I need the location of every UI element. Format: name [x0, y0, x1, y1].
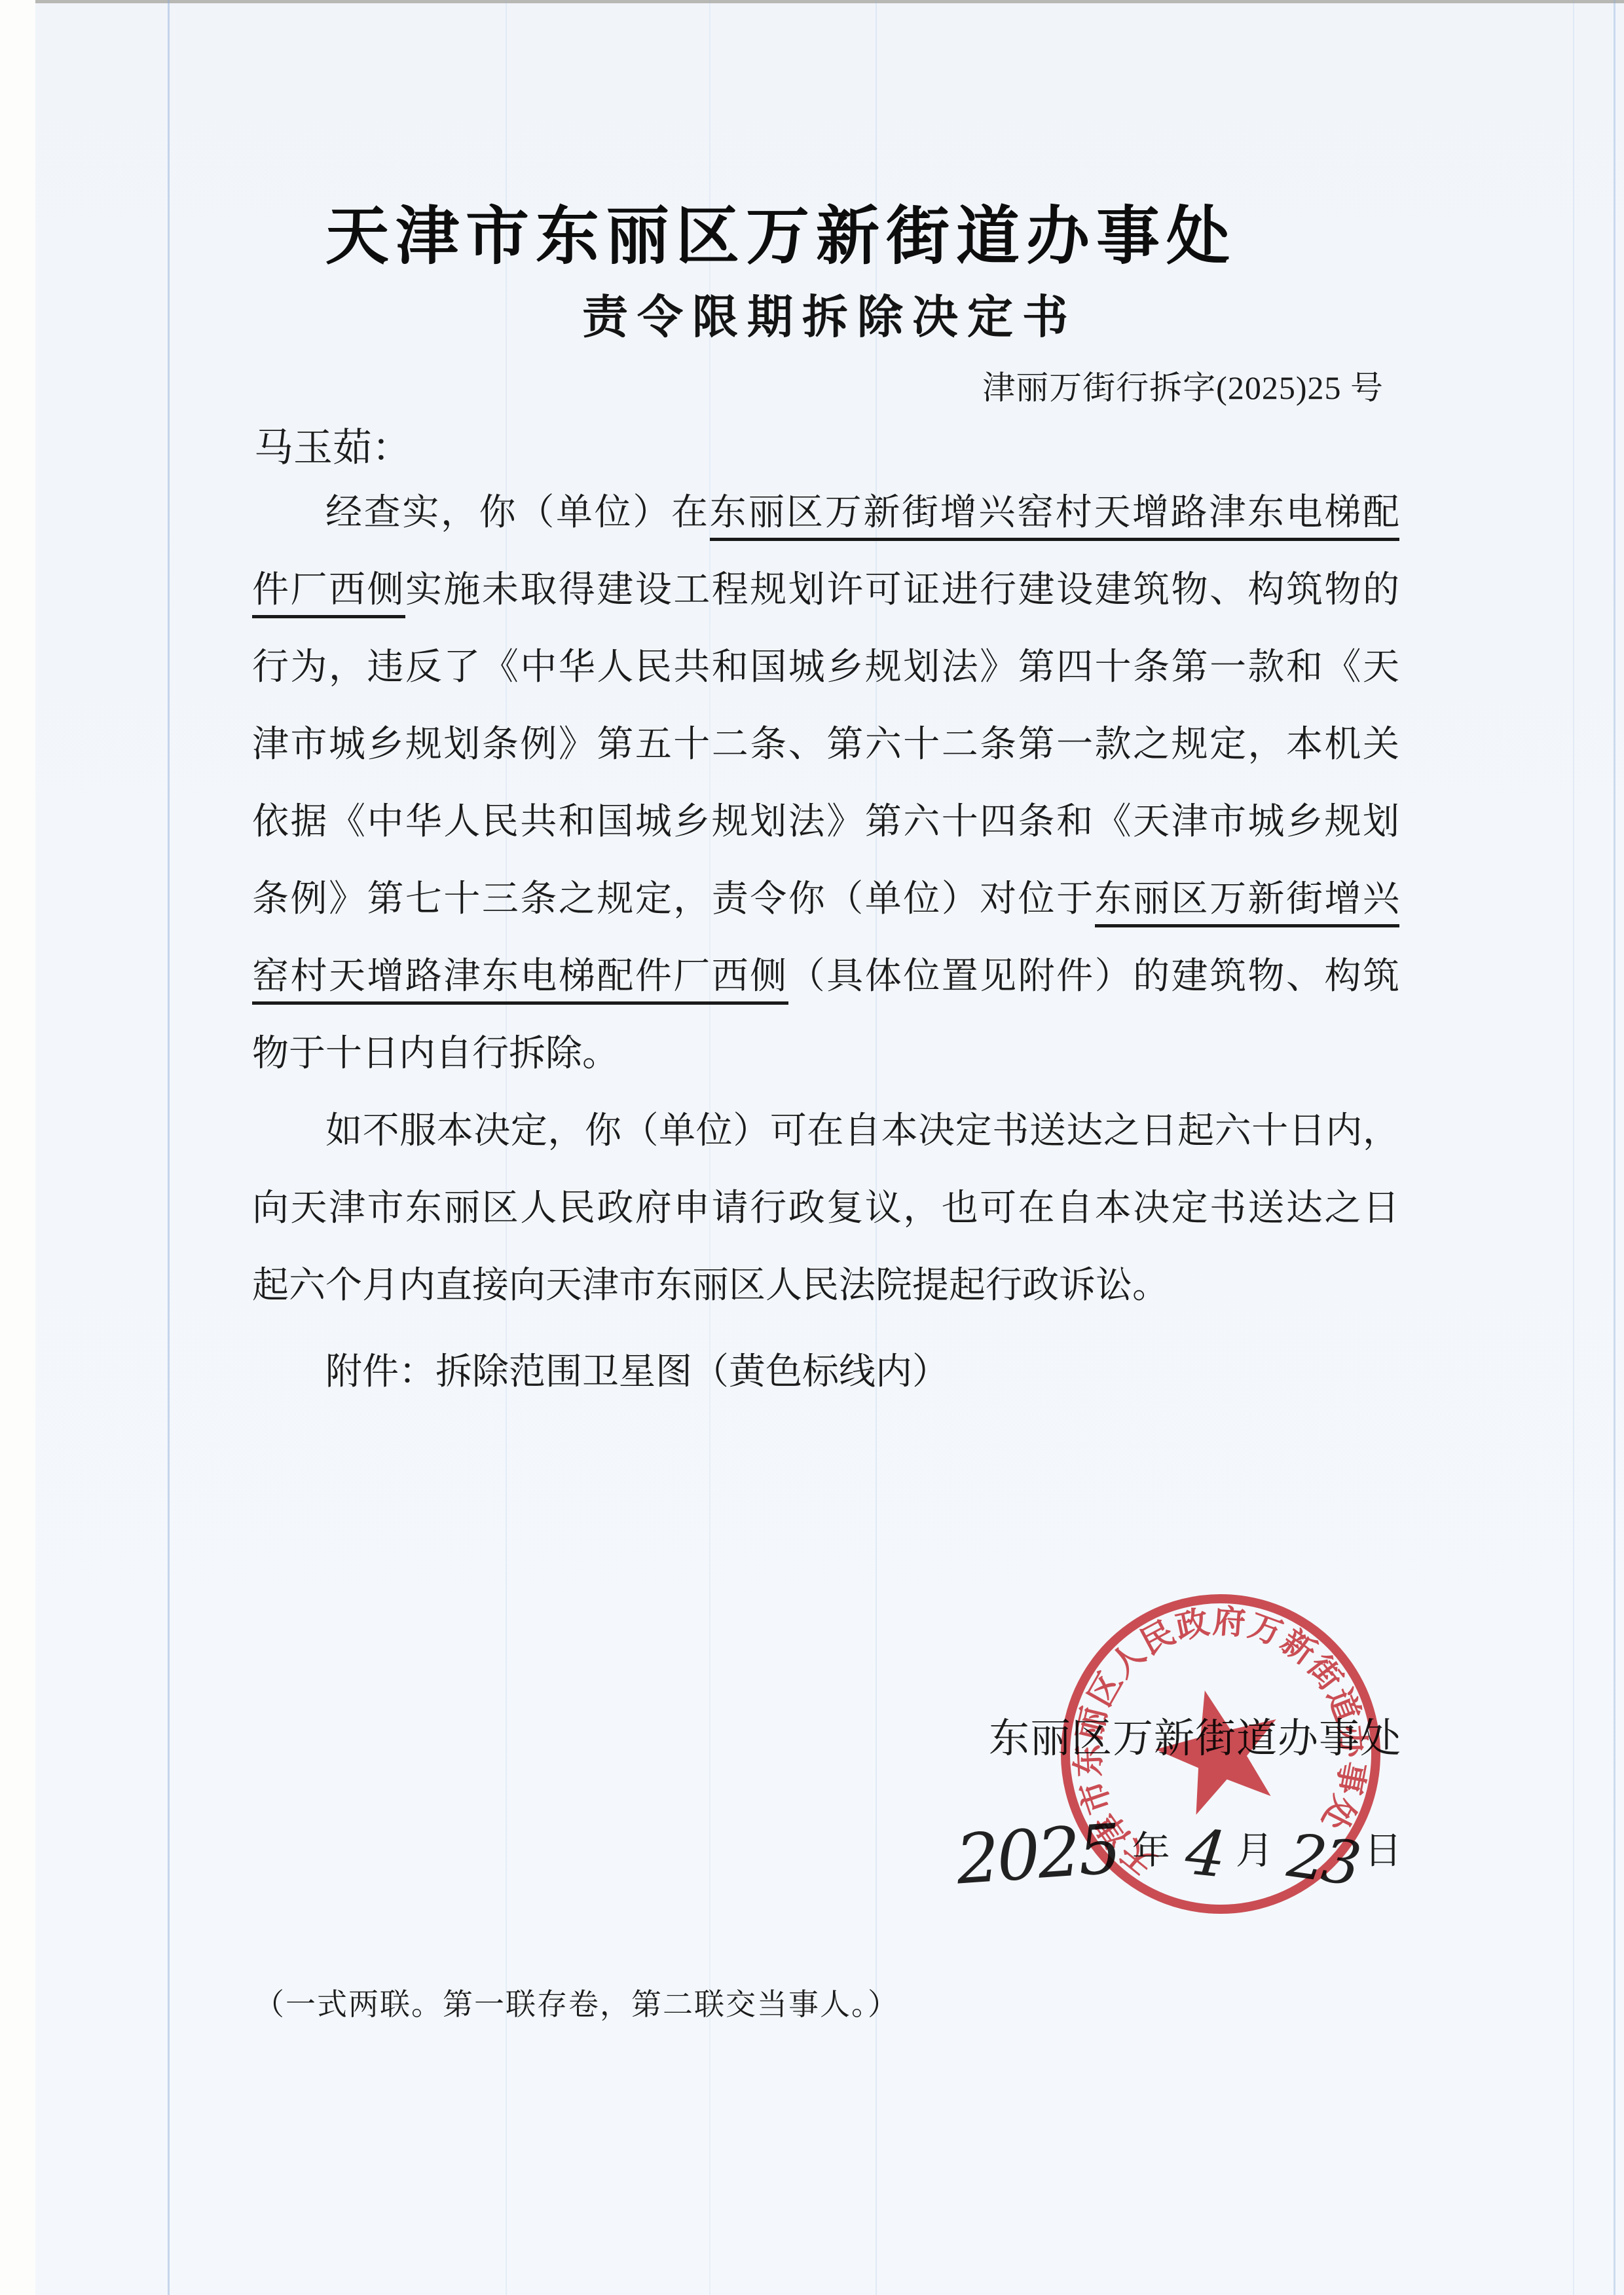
body-line: 如不服本决定，你（单位）可在自本决定书送达之日起六十日内， — [252, 1092, 1399, 1170]
handwritten-month: 4 — [1183, 1815, 1230, 1892]
document-page: 天津市东丽区万新街道办事处 责令限期拆除决定书 津丽万街行拆字(2025)25 … — [0, 0, 1624, 2295]
body-line: 物于十日内自行拆除。 — [252, 1015, 1399, 1092]
year-unit-label: 年 — [1132, 1829, 1170, 1872]
day-unit-label: 日 — [1364, 1829, 1402, 1872]
underlined-text: 东丽区万新街增兴窑村天增路津东电梯配 — [710, 493, 1399, 541]
issuing-org-title: 天津市东丽区万新街道办事处 — [0, 185, 1562, 276]
text-run: 津市城乡规划条例》第五十二条、第六十二条第一款之规定，本机关 — [252, 724, 1399, 765]
text-run: 起六个月内直接向天津市东丽区人民法院提起行政诉讼。 — [252, 1265, 1169, 1306]
text-run: 条例》第七十三条之规定，责令你（单位）对位于 — [252, 879, 1095, 920]
body-line: 窑村天增路津东电梯配件厂西侧（具体位置见附件）的建筑物、构筑 — [252, 938, 1399, 1015]
scan-edge-left — [0, 0, 35, 2295]
text-run: 经查实，你（单位）在 — [325, 493, 710, 533]
text-run: （具体位置见附件）的建筑物、构筑 — [788, 956, 1399, 997]
body-line: 经查实，你（单位）在东丽区万新街增兴窑村天增路津东电梯配 — [252, 474, 1399, 551]
text-run: 附件：拆除范围卫星图（黄色标线内） — [325, 1352, 949, 1392]
issue-date: 2025 年 4 月 23 日 — [956, 1814, 1406, 1895]
underlined-text: 件厂西侧 — [252, 570, 405, 618]
underlined-text: 窑村天增路津东电梯配件厂西侧 — [252, 956, 788, 1005]
body-line: 津市城乡规划条例》第五十二条、第六十二条第一款之规定，本机关 — [252, 706, 1399, 783]
month-unit-label: 月 — [1236, 1829, 1274, 1872]
scan-edge-top — [0, 0, 1624, 3]
addressee-name: 马玉茹： — [254, 417, 411, 473]
star-icon — [1145, 1675, 1294, 1821]
underlined-text: 东丽区万新街增兴 — [1095, 879, 1399, 927]
text-run: 如不服本决定，你（单位）可在自本决定书送达之日起六十日内， — [325, 1111, 1399, 1151]
body-line: 向天津市东丽区人民政府申请行政复议，也可在自本决定书送达之日 — [252, 1170, 1399, 1247]
text-run: 行为，违反了《中华人民共和国城乡规划法》第四十条第一款和《天 — [252, 647, 1399, 688]
body-line: 行为，违反了《中华人民共和国城乡规划法》第四十条第一款和《天 — [252, 629, 1399, 706]
footer-note: （一式两联。第一联存卷，第二联交当事人。） — [254, 1981, 899, 2024]
text-run: 向天津市东丽区人民政府申请行政复议，也可在自本决定书送达之日 — [252, 1188, 1399, 1229]
body-line: 件厂西侧实施未取得建设工程规划许可证进行建设建筑物、构筑物的 — [252, 551, 1399, 629]
body-line: 起六个月内直接向天津市东丽区人民法院提起行政诉讼。 — [252, 1247, 1399, 1324]
text-run: 依据《中华人民共和国城乡规划法》第六十四条和《天津市城乡规划 — [252, 802, 1399, 842]
text-run: 实施未取得建设工程规划许可证进行建设建筑物、构筑物的 — [405, 570, 1399, 610]
body-line: 条例》第七十三条之规定，责令你（单位）对位于东丽区万新街增兴 — [252, 861, 1399, 938]
document-type-title: 责令限期拆除决定书 — [35, 280, 1624, 346]
document-number: 津丽万街行拆字(2025)25 号 — [982, 362, 1384, 409]
body-text: 经查实，你（单位）在东丽区万新街增兴窑村天增路津东电梯配件厂西侧实施未取得建设工… — [252, 474, 1399, 1411]
attachment-line: 附件：拆除范围卫星图（黄色标线内） — [252, 1334, 1399, 1411]
handwritten-year: 2025 — [953, 1808, 1122, 1899]
text-run: 物于十日内自行拆除。 — [252, 1034, 619, 1074]
body-line: 依据《中华人民共和国城乡规划法》第六十四条和《天津市城乡规划 — [252, 783, 1399, 861]
handwritten-day: 23 — [1283, 1820, 1361, 1899]
